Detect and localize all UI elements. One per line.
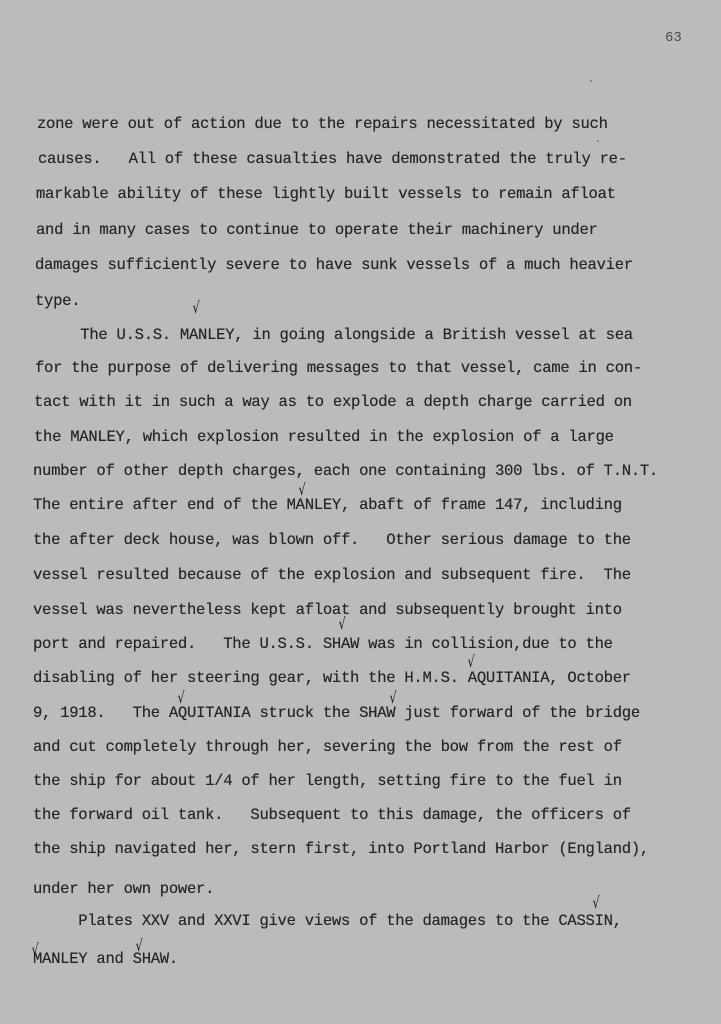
text-line: the forward oil tank. Subsequent to this… bbox=[33, 806, 631, 824]
text-line: MANLEY and SHAW. bbox=[33, 950, 178, 968]
text-line: and in many cases to continue to operate… bbox=[36, 221, 598, 239]
typewritten-page: 63 zone were out of action due to the re… bbox=[0, 0, 721, 1024]
text-line: The entire after end of the MANLEY, abaf… bbox=[33, 496, 622, 514]
text-line: port and repaired. The U.S.S. SHAW was i… bbox=[33, 635, 613, 653]
check-mark-icon: √ bbox=[178, 688, 185, 707]
check-mark-icon: √ bbox=[299, 480, 306, 499]
page-number: 63 bbox=[665, 30, 682, 46]
text-line: under her own power. bbox=[33, 880, 214, 898]
text-line: 9, 1918. The AQUITANIA struck the SHAW j… bbox=[33, 704, 640, 722]
text-line: number of other depth charges, each one … bbox=[33, 462, 658, 480]
text-line: zone were out of action due to the repai… bbox=[37, 115, 608, 133]
text-line: Plates XXV and XXVI give views of the da… bbox=[33, 912, 622, 930]
check-mark-icon: √ bbox=[32, 940, 39, 959]
check-mark-icon: √ bbox=[193, 298, 200, 317]
text-line: The U.S.S. MANLEY, in going alongside a … bbox=[35, 326, 633, 344]
text-line: damages sufficiently severe to have sunk… bbox=[35, 256, 633, 274]
scan-speck bbox=[597, 140, 599, 142]
text-line: markable ability of these lightly built … bbox=[36, 185, 616, 203]
text-line: the MANLEY, which explosion resulted in … bbox=[34, 428, 614, 446]
text-line: causes. All of these casualties have dem… bbox=[38, 150, 627, 168]
text-line: type. bbox=[35, 292, 80, 310]
text-line: vessel was nevertheless kept afloat and … bbox=[33, 601, 622, 619]
check-mark-icon: √ bbox=[136, 936, 143, 955]
text-line: and cut completely through her, severing… bbox=[33, 738, 622, 756]
check-mark-icon: √ bbox=[339, 614, 346, 633]
scan-speck bbox=[590, 80, 592, 82]
text-line: tact with it in such a way as to explode… bbox=[34, 393, 632, 411]
text-line: the ship navigated her, stern first, int… bbox=[33, 840, 649, 858]
text-line: for the purpose of delivering messages t… bbox=[35, 359, 642, 377]
text-line: the after deck house, was blown off. Oth… bbox=[33, 531, 631, 549]
text-line: disabling of her steering gear, with the… bbox=[33, 669, 631, 687]
text-line: vessel resulted because of the explosion… bbox=[33, 566, 631, 584]
text-line: the ship for about 1/4 of her length, se… bbox=[33, 772, 622, 790]
check-mark-icon: √ bbox=[593, 893, 600, 912]
check-mark-icon: √ bbox=[390, 688, 397, 707]
check-mark-icon: √ bbox=[468, 652, 475, 671]
